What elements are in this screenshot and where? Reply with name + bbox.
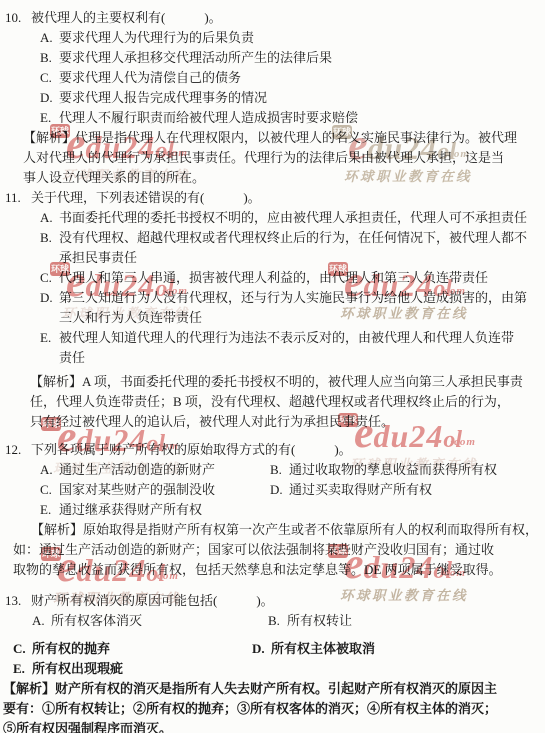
- option-text: 所有权客体消灭: [51, 613, 142, 628]
- question-13-analysis-line: 要有：①所有权转让；②所有权的抛弃；③所有权客体的消灭；④所有权主体的消灭；: [0, 699, 545, 719]
- option-text: 所有权主体被取消: [271, 641, 375, 656]
- option-text: 要求代理人承担移交代理活动所产生的法律后果: [59, 50, 332, 65]
- question-13-option-e: E.所有权出现瑕疵: [0, 659, 545, 679]
- option-label: A.: [40, 208, 59, 228]
- question-10-option-c: C.要求代理人代为清偿自己的债务: [0, 68, 545, 88]
- question-12-analysis-line: 如：通过生产活动创造的新财产；国家可以依法强制将某些财产没收归国有；通过收: [0, 540, 545, 560]
- option-label: C.: [40, 268, 59, 288]
- option-text: 通过继承获得财产所有权: [59, 502, 202, 517]
- question-11-analysis-line: 【解析】A 项，书面委托代理的委托书授权不明的，被代理人应当向第三人承担民事责: [0, 372, 545, 392]
- option-label: D.: [40, 288, 59, 308]
- question-10-option-a: A.要求代理人为代理行为的后果负责: [0, 28, 545, 48]
- question-12-option-e: E.通过继承获得财产所有权: [0, 500, 545, 520]
- question-10-option-d: D.要求代理人报告完成代理事务的情况: [0, 88, 545, 108]
- question-12-option-row-cd: C.国家对某些财产的强制没收 D.通过买卖取得财产所有权: [0, 480, 545, 500]
- option-label: C.: [13, 639, 32, 659]
- question-11-option-d: D.第三人知道行为人没有代理权，还与行为人实施民事行为给他人造成损害的，由第: [0, 288, 545, 308]
- question-12-analysis-line: 取物的孳息收益而获得所有权，包括天然孳息和法定孳息等。DE 两项属于继受取得。: [0, 560, 545, 580]
- question-10-stem-text: 被代理人的主要权利有( )。: [31, 10, 222, 25]
- option-text: 通过收取物的孳息收益而获得所有权: [289, 462, 497, 477]
- question-13-option-row-cd: C.所有权的抛弃 D.所有权主体被取消: [0, 639, 545, 659]
- option-text: 要求代理人为代理行为的后果负责: [59, 30, 254, 45]
- option-text: 所有权出现瑕疵: [32, 661, 123, 676]
- option-text: 代理人不履行职责而给被代理人造成损害时要求赔偿: [59, 110, 358, 125]
- question-11-option-d-wrap: 三人和行为人负连带责任: [0, 308, 545, 328]
- question-12-option-b: B.通过收取物的孳息收益而获得所有权: [270, 460, 497, 480]
- question-10-number: 10.: [5, 8, 31, 28]
- question-13-stem: 13.财产所有权消灭的原因可能包括( )。: [0, 591, 545, 611]
- option-label: B.: [40, 48, 59, 68]
- question-11-option-e: E.被代理人知道代理人的代理行为违法不表示反对的，由被代理人和代理人负连带: [0, 328, 545, 348]
- question-11-stem-text: 关于代理，下列表述错误的有( )。: [31, 190, 261, 205]
- exam-document-page: 10.被代理人的主要权利有( )。 A.要求代理人为代理行为的后果负责 B.要求…: [0, 0, 545, 733]
- question-13-option-row-ab: A.所有权客体消灭 B.所有权转让: [0, 611, 545, 631]
- question-11-analysis-line: 任，代理人负连带责任；B 项，没有代理权、超越代理权或者代理权终止后的行为，: [0, 392, 545, 412]
- option-text: 所有权的抛弃: [32, 641, 110, 656]
- question-11-option-a: A.书面委托代理的委托书授权不明的，应由被代理人承担责任，代理人可不承担责任: [0, 208, 545, 228]
- question-11-option-b: B.没有代理权、超越代理权或者代理权终止后的行为，在任何情况下，被代理人都不: [0, 228, 545, 248]
- option-text: 国家对某些财产的强制没收: [59, 482, 215, 497]
- question-10-stem: 10.被代理人的主要权利有( )。: [0, 8, 545, 28]
- question-10-analysis-line: 人对代理人的代理行为承担民事责任。代理行为的法律后果由被代理人承担，这是当: [0, 148, 545, 168]
- question-10-option-b: B.要求代理人承担移交代理活动所产生的法律后果: [0, 48, 545, 68]
- question-12-stem-text: 下列各项属于财产所有权的原始取得方式的有( )。: [31, 442, 352, 457]
- option-label: C.: [40, 480, 59, 500]
- question-13-analysis-line: ⑤所有权因强制程序而消灭。: [0, 719, 545, 733]
- question-13-option-b: B.所有权转让: [268, 611, 352, 631]
- option-text: 书面委托代理的委托书授权不明的，应由被代理人承担责任，代理人可不承担责任: [59, 210, 527, 225]
- question-10-option-e: E.代理人不履行职责而给被代理人造成损害时要求赔偿: [0, 108, 545, 128]
- option-label: B.: [268, 611, 287, 631]
- question-11-option-b-wrap: 承担民事责任: [0, 248, 545, 268]
- option-text: 要求代理人代为清偿自己的债务: [59, 70, 241, 85]
- option-label: C.: [40, 68, 59, 88]
- option-label: B.: [40, 228, 59, 248]
- option-label: A.: [40, 460, 59, 480]
- option-label: D.: [252, 639, 271, 659]
- option-label: D.: [270, 480, 289, 500]
- option-text: 没有代理权、超越代理权或者代理权终止后的行为，在任何情况下，被代理人都不: [59, 230, 527, 245]
- option-text: 所有权转让: [287, 613, 352, 628]
- option-text: 通过生产活动创造的新财产: [59, 462, 215, 477]
- question-13-number: 13.: [5, 591, 31, 611]
- question-12-analysis-line: 【解析】原始取得是指财产所有权第一次产生或者不依靠原所有人的权利而取得所有权，: [0, 520, 545, 540]
- question-11-analysis-line: 只有经过被代理人的追认后，被代理人对此行为承担民事责任。: [0, 412, 545, 432]
- question-13-analysis-line: 【解析】财产所有权的消灭是指所有人失去财产所有权。引起财产所有权消灭的原因主: [0, 679, 545, 699]
- question-11-number: 11.: [5, 188, 31, 208]
- question-10-analysis-line: 事人设立代理关系的目的所在。: [0, 168, 545, 188]
- option-label: E.: [40, 500, 59, 520]
- question-11-option-c: C.代理人和第三人串通，损害被代理人利益的，由代理人和第三人负连带责任: [0, 268, 545, 288]
- option-text: 通过买卖取得财产所有权: [289, 482, 432, 497]
- question-13-option-d: D.所有权主体被取消: [252, 639, 375, 659]
- question-11-option-e-wrap: 责任: [0, 348, 545, 368]
- option-label: A.: [32, 611, 51, 631]
- option-text: 第三人知道行为人没有代理权，还与行为人实施民事行为给他人造成损害的，由第: [59, 290, 527, 305]
- question-12-number: 12.: [5, 440, 31, 460]
- question-12-stem: 12.下列各项属于财产所有权的原始取得方式的有( )。: [0, 440, 545, 460]
- question-10-analysis-line: 【解析】代理是指代理人在代理权限内，以被代理人的名义实施民事法律行为。被代理: [0, 128, 545, 148]
- option-label: B.: [270, 460, 289, 480]
- question-12-option-d: D.通过买卖取得财产所有权: [270, 480, 432, 500]
- question-11-stem: 11.关于代理，下列表述错误的有( )。: [0, 188, 545, 208]
- option-label: E.: [40, 328, 59, 348]
- option-label: D.: [40, 88, 59, 108]
- option-text: 要求代理人报告完成代理事务的情况: [59, 90, 267, 105]
- option-label: E.: [40, 108, 59, 128]
- question-12-option-row-ab: A.通过生产活动创造的新财产 B.通过收取物的孳息收益而获得所有权: [0, 460, 545, 480]
- option-text: 被代理人知道代理人的代理行为违法不表示反对的，由被代理人和代理人负连带: [59, 330, 514, 345]
- option-text: 代理人和第三人串通，损害被代理人利益的，由代理人和第三人负连带责任: [59, 270, 488, 285]
- option-label: A.: [40, 28, 59, 48]
- question-13-stem-text: 财产所有权消灭的原因可能包括( )。: [31, 593, 274, 608]
- option-label: E.: [13, 659, 32, 679]
